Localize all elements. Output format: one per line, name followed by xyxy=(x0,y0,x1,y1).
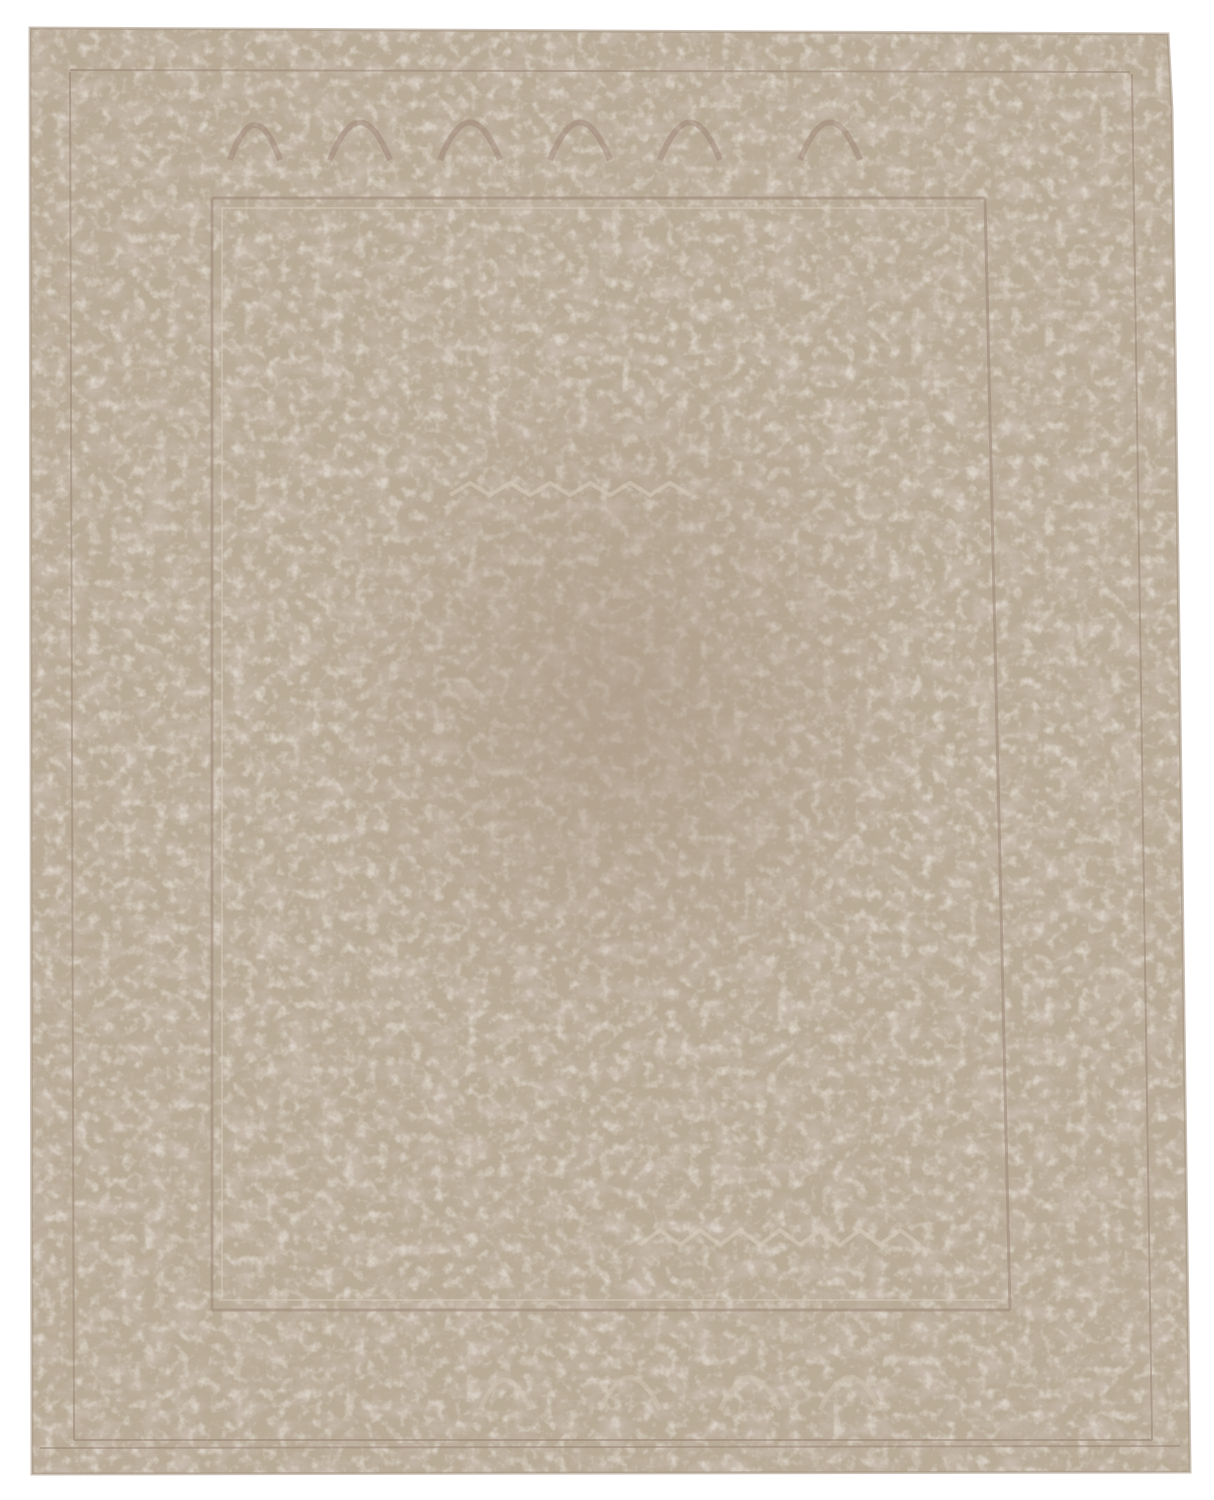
rug-photo xyxy=(0,0,1214,1500)
rug-illustration xyxy=(0,0,1214,1500)
